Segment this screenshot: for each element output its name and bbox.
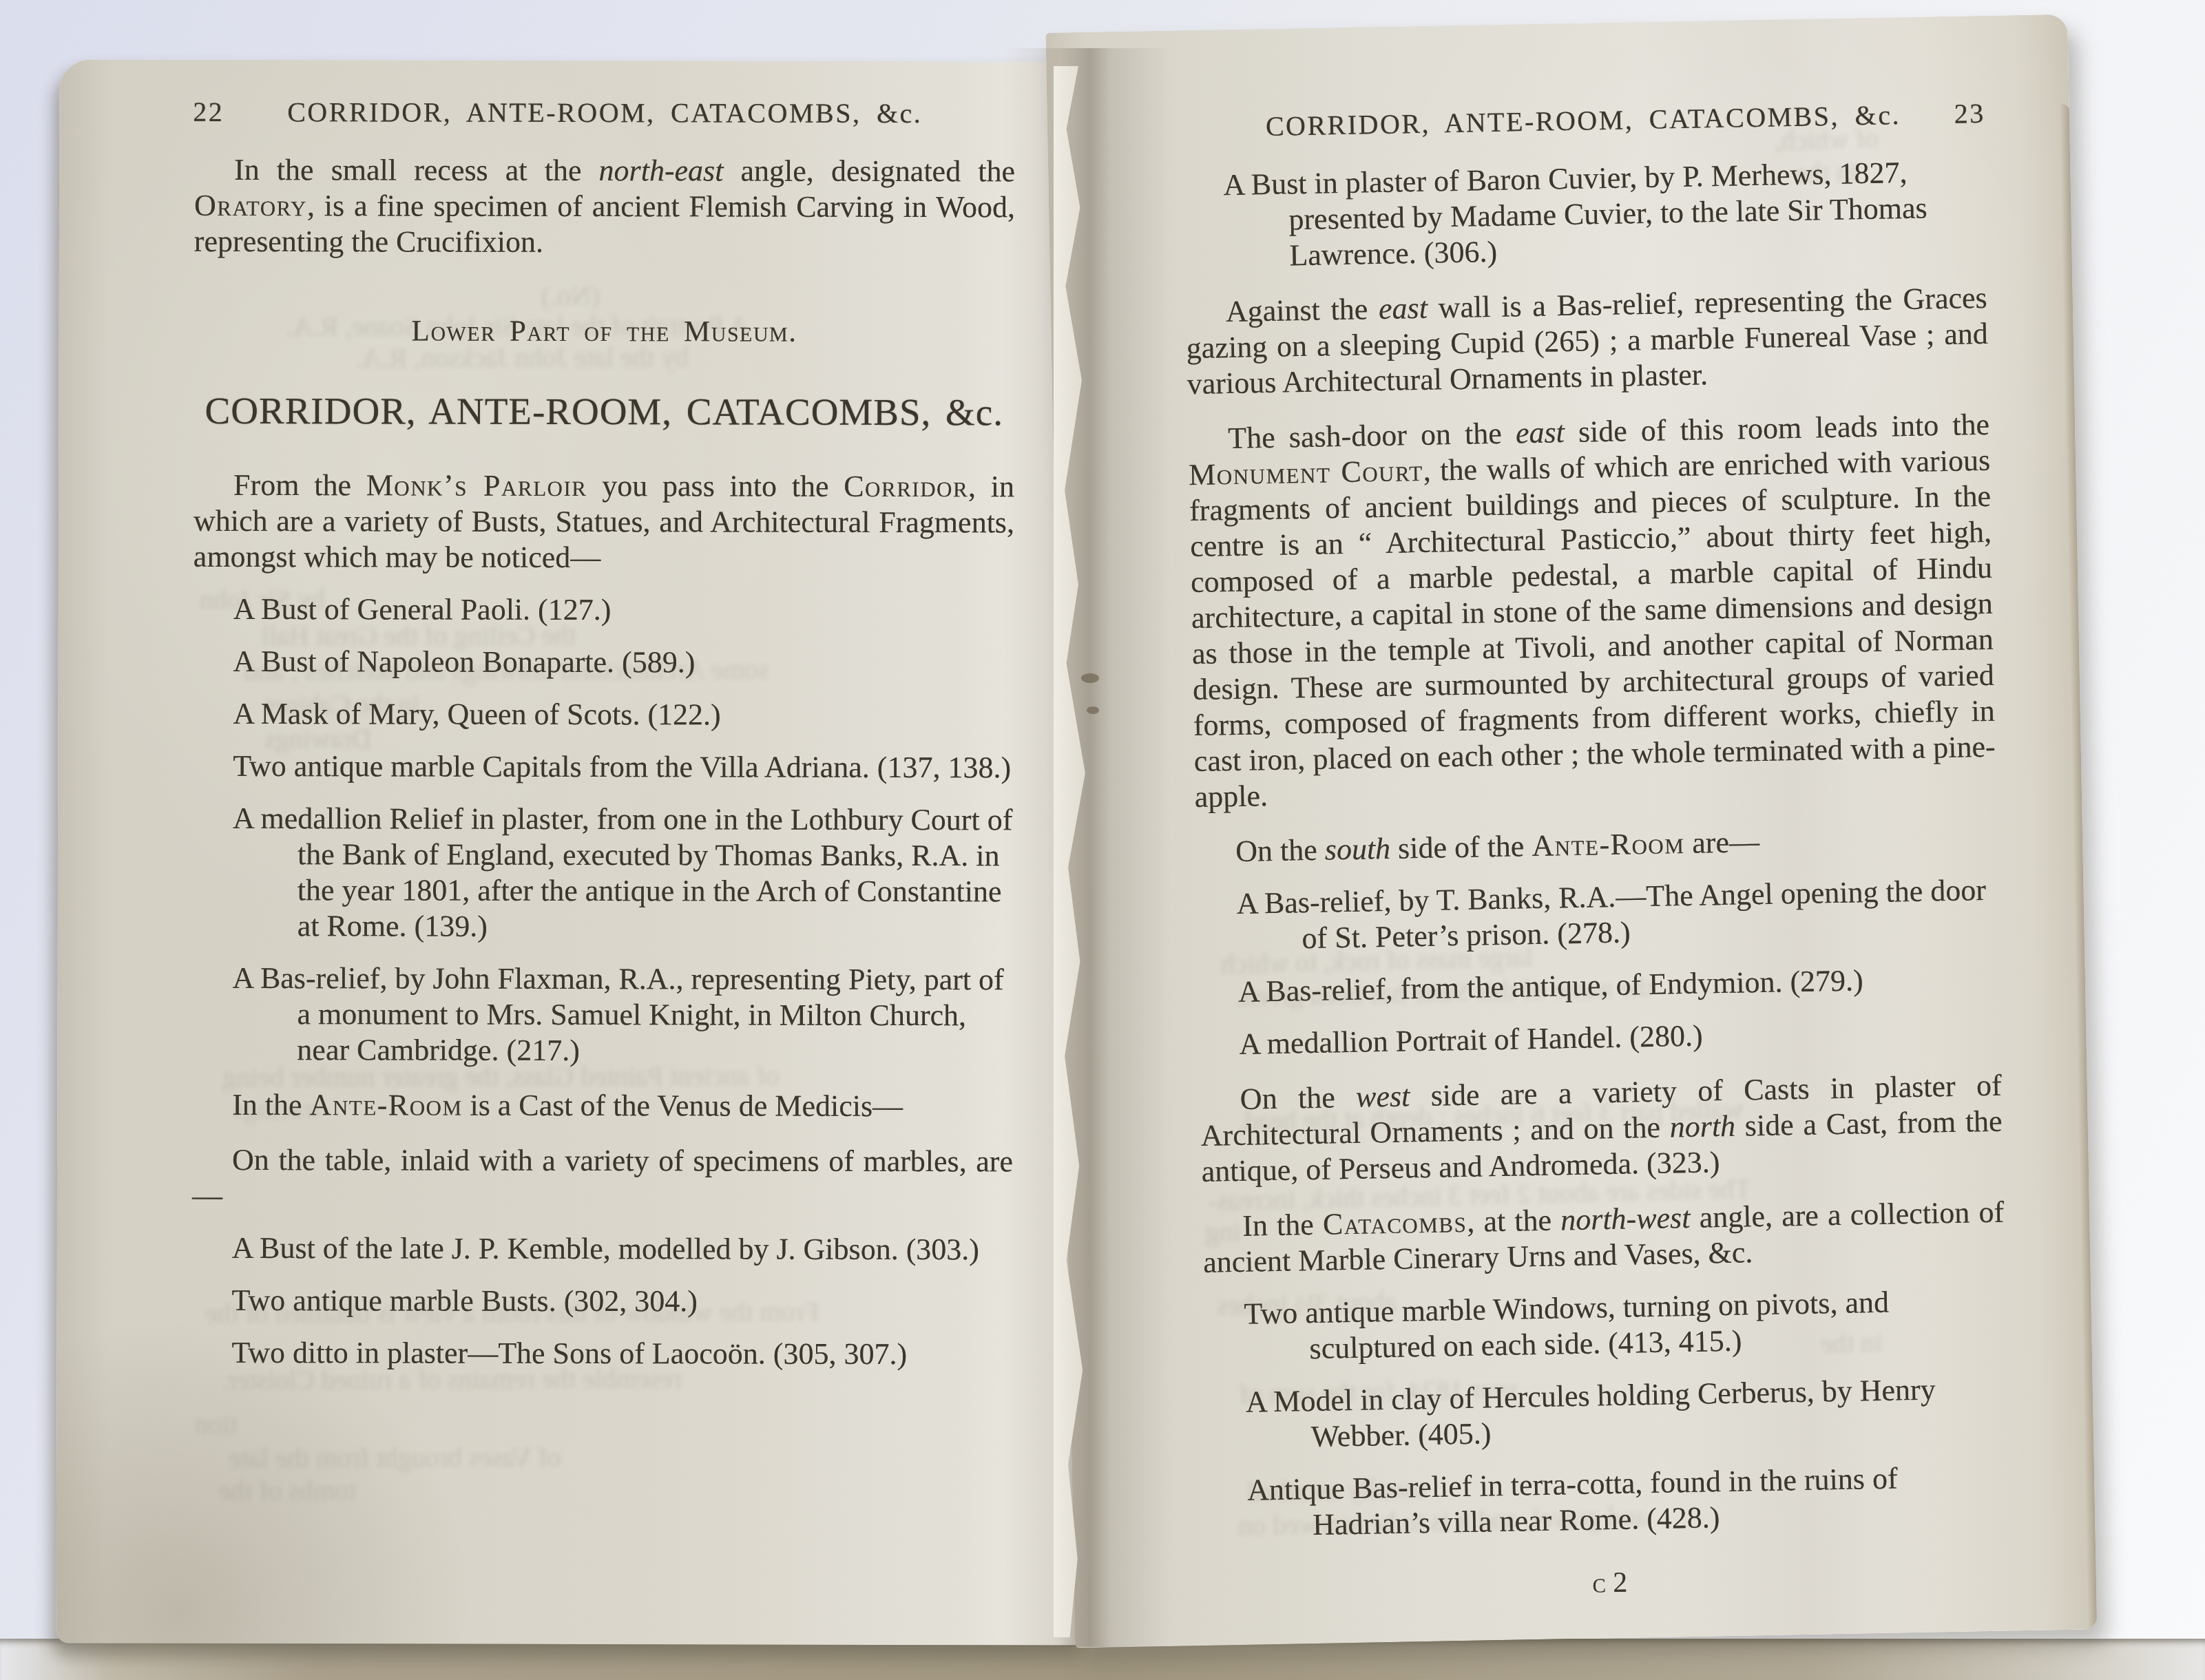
running-title-left: CORRIDOR, ANTE-ROOM, CATACOMBS, &c. [194, 96, 1015, 129]
heading: CORRIDOR, ANTE-ROOM, CATACOMBS, &c. [194, 389, 1014, 434]
page-left: (No.)A Portrait of the late Sir John Soa… [56, 59, 1087, 1645]
text-blocks-left: In the small recess at the north-east an… [191, 152, 1015, 1372]
showthrough-text: tion [194, 1408, 237, 1440]
list-item: A Bas-relief, by T. Banks, R.A.—The Ange… [1196, 872, 1999, 958]
paragraph: From the Monk’s Parloir you pass into th… [194, 468, 1014, 576]
page-number-right: 23 [1954, 97, 1985, 130]
list-item: A medallion Relief in plaster, from one … [193, 801, 1014, 945]
running-title-right: CORRIDOR, ANTE-ROOM, CATACOMBS, &c. [1182, 97, 1985, 144]
list-item: A Bas-relief, by John Flaxman, R.A., rep… [192, 960, 1013, 1069]
list-item: A Bas-relief, from the antique, of Endym… [1198, 960, 2000, 1011]
binding-stitch [1081, 673, 1099, 683]
page-number-left: 22 [193, 96, 224, 128]
paragraph: In the Catacombs, at the north-west angl… [1202, 1195, 2005, 1281]
list-item: A Bust of Napoleon Bonaparte. (589.) [194, 644, 1014, 681]
fore-edge [2060, 104, 2098, 1632]
binding-stitch [1087, 706, 1099, 714]
paragraph: In the small recess at the north-east an… [194, 152, 1015, 261]
paragraph: On the west side are a variety of Casts … [1200, 1068, 2003, 1190]
page-right-content: CORRIDOR, ANTE-ROOM, CATACOMBS, &c. 23 A… [1182, 97, 2011, 1608]
book-photograph: (No.)A Portrait of the late Sir John Soa… [0, 0, 2205, 1680]
list-item: A Model in clay of Hercules holding Cerb… [1205, 1371, 2008, 1457]
page-right: of which,in thelarge mass of rock, to wh… [1045, 14, 2097, 1648]
list-item: A medallion Portrait of Handel. (280.) [1199, 1013, 2001, 1063]
running-head-right: CORRIDOR, ANTE-ROOM, CATACOMBS, &c. 23 [1182, 97, 1985, 149]
paragraph: On the south side of the Ante-Room are— [1195, 820, 1998, 870]
heading: Lower Part of the Museum. [194, 313, 1015, 350]
paragraph: In the Ante-Room is a Cast of the Venus … [192, 1087, 1013, 1124]
text-blocks-right: A Bust in plaster of Baron Cuvier, by P.… [1183, 154, 2011, 1608]
book-spread: (No.)A Portrait of the late Sir John Soa… [54, 21, 2091, 1647]
list-item: Two antique marble Capitals from the Vil… [193, 748, 1014, 786]
showthrough-text: tombs of the [218, 1474, 356, 1507]
list-item: Two antique marble Busts. (302, 304.) [192, 1283, 1013, 1320]
page-left-content: 22 CORRIDOR, ANTE-ROOM, CATACOMBS, &c. I… [191, 96, 1015, 1372]
paragraph: The sash-door on the east side of this r… [1188, 407, 1996, 815]
running-head-left: 22 CORRIDOR, ANTE-ROOM, CATACOMBS, &c. [194, 96, 1015, 134]
list-item: A Bust of the late J. P. Kemble, modelle… [192, 1230, 1013, 1268]
list-item: Antique Bas-relief in terra-cotta, found… [1207, 1459, 2010, 1545]
paragraph: On the table, inlaid with a variety of s… [192, 1142, 1013, 1215]
showthrough-text: of Vases brought from the late [229, 1441, 561, 1475]
list-item: A Mask of Mary, Queen of Scots. (122.) [193, 696, 1014, 733]
paragraph: Against the east wall is a Bas-relief, r… [1185, 280, 1989, 402]
list-item: Two antique marble Windows, turning on p… [1204, 1283, 2007, 1369]
list-item: A Bust in plaster of Baron Cuvier, by P.… [1183, 154, 1987, 275]
list-item: A Bust of General Paoli. (127.) [194, 591, 1014, 629]
signature-mark: c 2 [1209, 1558, 2011, 1608]
list-item: Two ditto in plaster—The Sons of Laocoön… [191, 1335, 1012, 1372]
